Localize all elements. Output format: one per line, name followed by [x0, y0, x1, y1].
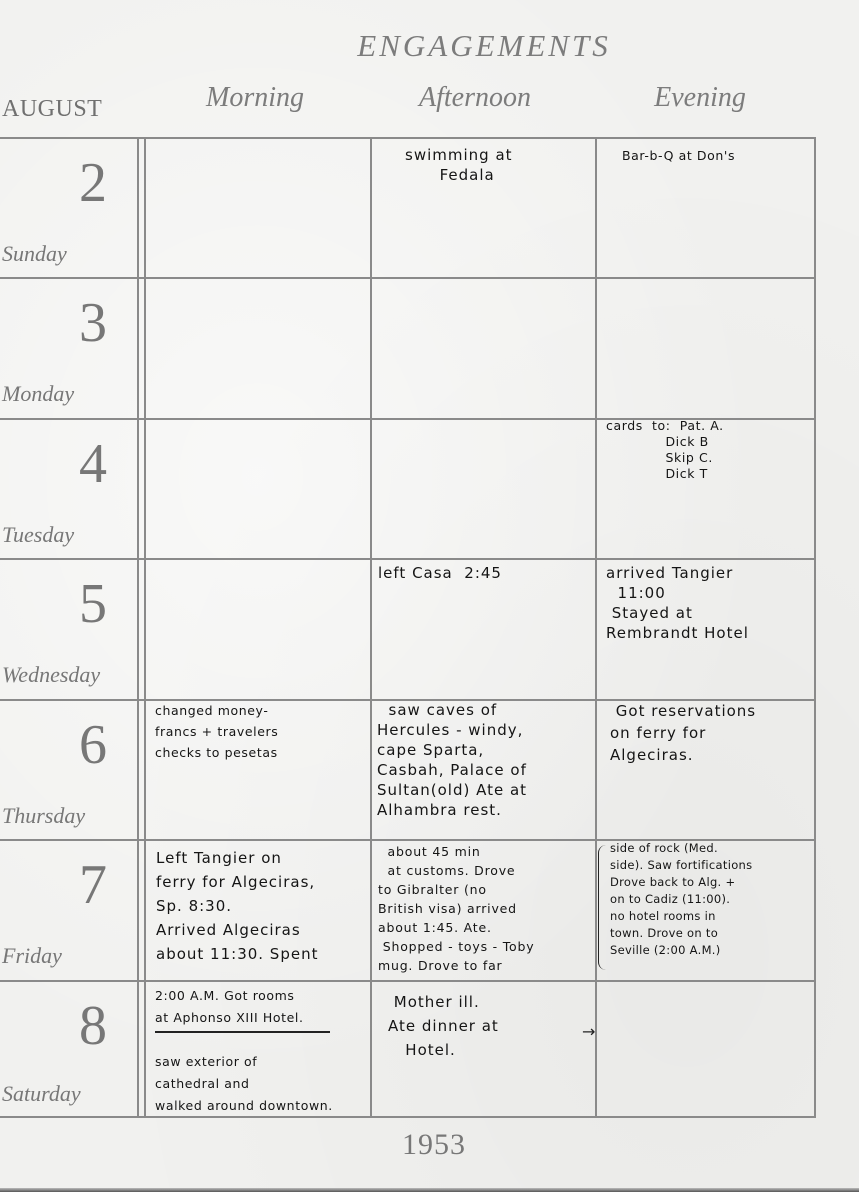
grid-line — [144, 137, 146, 1118]
day-number: 7 — [79, 857, 107, 913]
day-name: Saturday — [2, 1081, 81, 1107]
entry-afternoon: Mother ill. Ate dinner at Hotel. — [388, 990, 499, 1062]
entry-evening: Bar-b-Q at Don's — [622, 148, 735, 164]
entry-morning: changed money- francs + travelers checks… — [155, 700, 278, 763]
year-label: 1953 — [0, 1128, 859, 1162]
page-title: ENGAGEMENTS — [0, 28, 859, 64]
day-cell: 7 Friday — [0, 839, 137, 979]
page-edge — [0, 1188, 859, 1192]
day-name: Tuesday — [2, 522, 74, 548]
column-header-morning: Morning — [155, 82, 355, 114]
divider-stroke — [155, 1031, 330, 1033]
entry-evening: side of rock (Med. side). Saw fortificat… — [610, 840, 752, 959]
entry-afternoon: left Casa 2:45 — [378, 563, 502, 583]
day-cell: 5 Wednesday — [0, 558, 137, 698]
day-number: 4 — [79, 436, 107, 492]
day-cell: 4 Tuesday — [0, 418, 137, 558]
grid-line — [814, 137, 816, 1118]
day-number: 5 — [79, 576, 107, 632]
grid-line — [137, 137, 139, 1118]
day-name: Friday — [2, 943, 62, 969]
bracket-mark — [598, 845, 609, 970]
day-name: Thursday — [2, 803, 85, 829]
entry-afternoon: saw caves of Hercules - windy, cape Spar… — [377, 700, 527, 820]
day-number: 3 — [79, 295, 107, 351]
entry-evening: Got reservations on ferry for Algeciras. — [610, 700, 756, 766]
entry-afternoon: swimming at Fedala — [405, 145, 513, 185]
day-name: Sunday — [2, 241, 67, 267]
grid-line — [595, 137, 597, 1118]
entry-morning: Left Tangier on ferry for Algeciras, Sp.… — [156, 846, 318, 966]
day-name: Monday — [2, 381, 74, 407]
day-number: 8 — [79, 998, 107, 1054]
entry-evening: arrived Tangier 11:00 Stayed at Rembrand… — [606, 563, 749, 643]
day-cell: 8 Saturday — [0, 980, 137, 1117]
day-cell: 6 Thursday — [0, 699, 137, 839]
day-cell: 2 Sunday — [0, 137, 137, 277]
entry-evening: cards to: Pat. A. Dick B Skip C. Dick T — [606, 418, 724, 482]
arrow-right-icon: → — [582, 1022, 595, 1041]
month-label: AUGUST — [2, 96, 102, 123]
column-header-afternoon: Afternoon — [375, 82, 575, 114]
day-number: 6 — [79, 717, 107, 773]
entry-afternoon: about 45 min at customs. Drove to Gibral… — [378, 842, 534, 975]
grid-line — [370, 137, 372, 1118]
day-cell: 3 Monday — [0, 277, 137, 417]
day-name: Wednesday — [2, 662, 100, 688]
day-number: 2 — [79, 155, 107, 211]
entry-morning: 2:00 A.M. Got rooms at Aphonso XIII Hote… — [155, 985, 333, 1117]
column-header-evening: Evening — [600, 82, 800, 114]
